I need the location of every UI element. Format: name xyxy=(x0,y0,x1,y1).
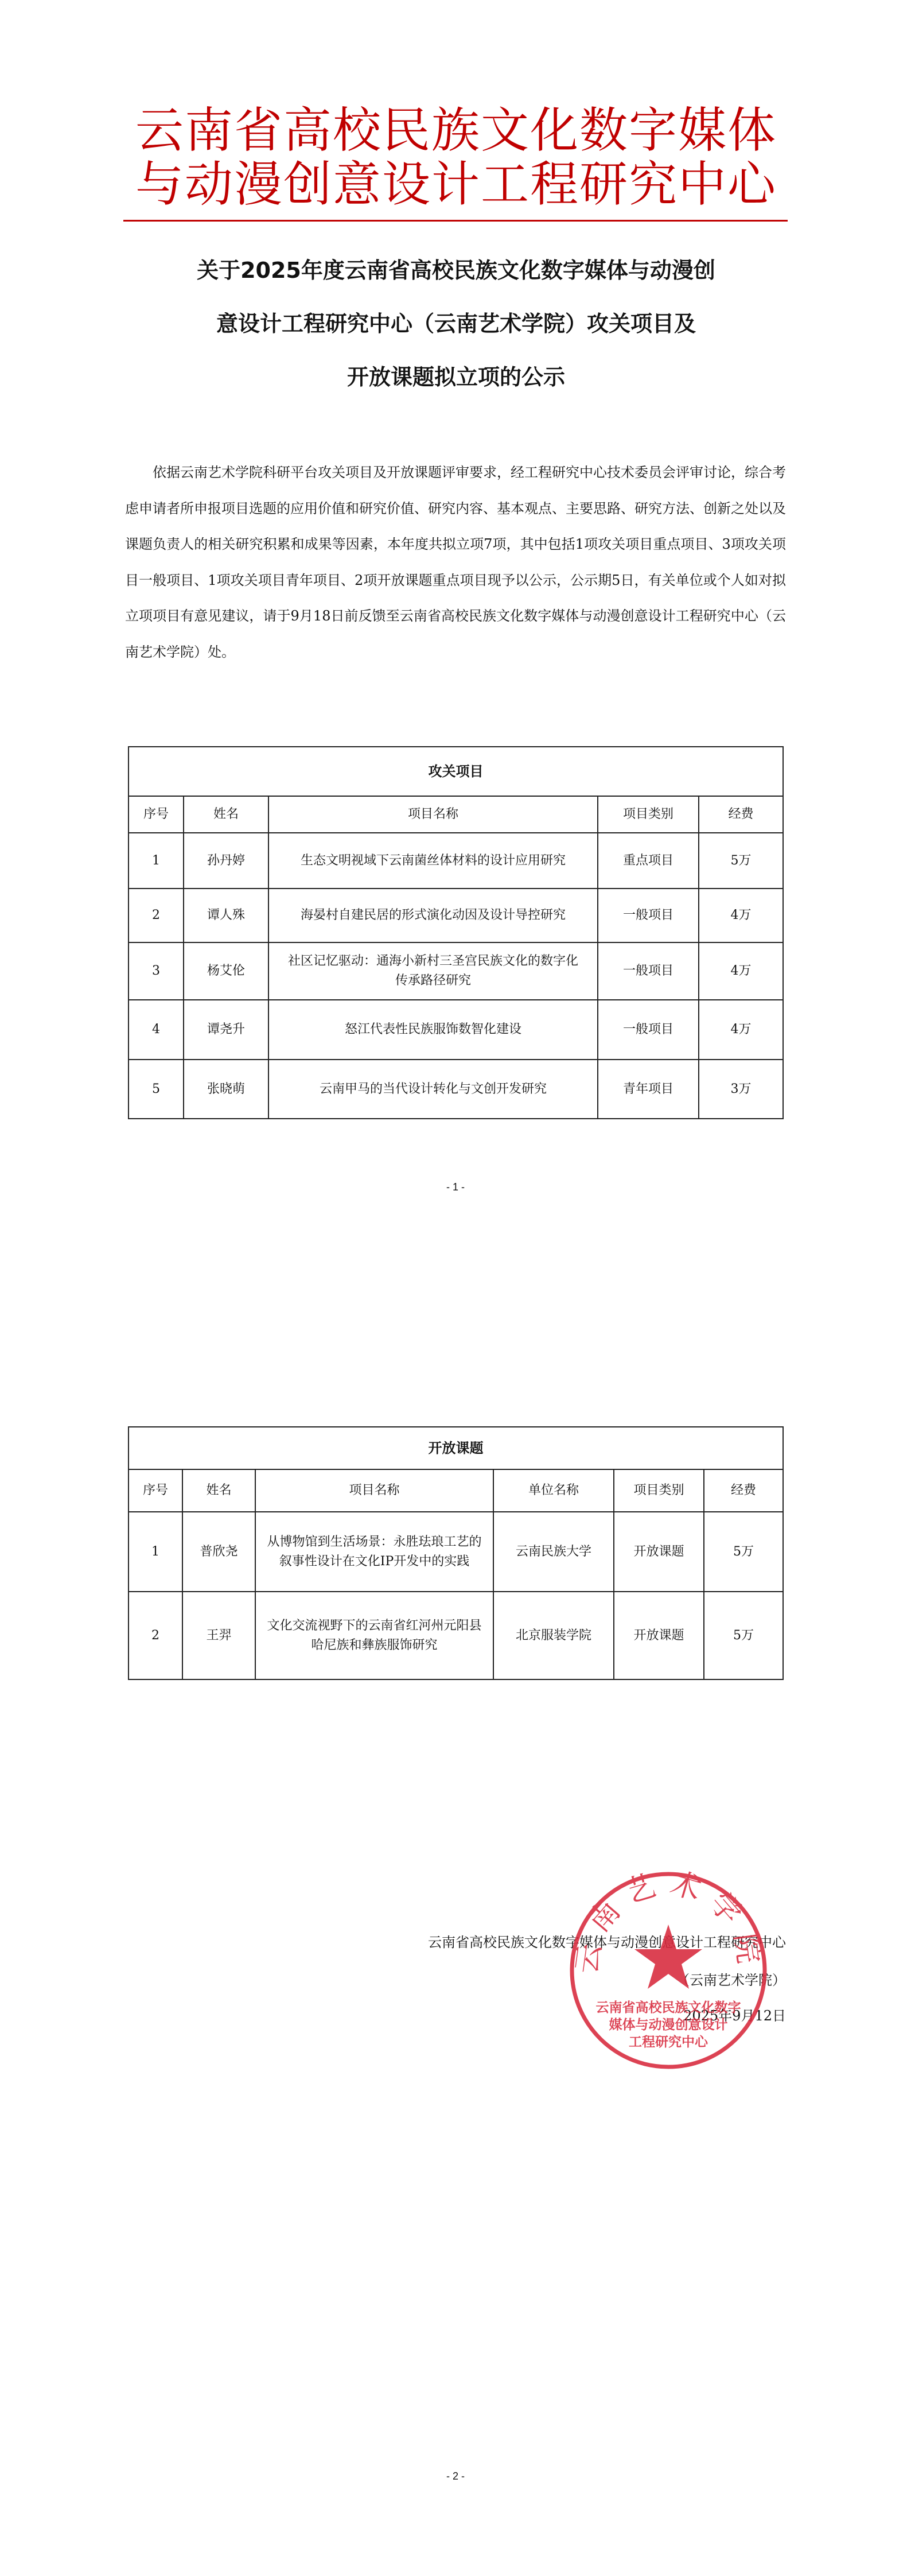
cell-funding: 3万 xyxy=(699,1060,783,1119)
table-row: 1 孙丹婷 生态文明视域下云南菌丝体材料的设计应用研究 重点项目 5万 xyxy=(129,833,783,889)
table-row: 1 普欣尧 从博物馆到生活场景：永胜珐琅工艺的叙事性设计在文化IP开发中的实践 … xyxy=(129,1512,783,1592)
cell-funding: 5万 xyxy=(704,1512,783,1592)
cell-category: 开放课题 xyxy=(614,1592,704,1679)
masthead-line-2: 与动漫创意设计工程研究中心 xyxy=(123,157,789,211)
header-category: 项目类别 xyxy=(614,1469,704,1512)
cell-category: 一般项目 xyxy=(598,889,699,942)
cell-unit: 北京服装学院 xyxy=(493,1592,614,1679)
cell-funding: 5万 xyxy=(704,1592,783,1679)
red-divider xyxy=(123,220,788,222)
cell-no: 5 xyxy=(129,1060,184,1119)
title-line-1: 关于2025年度云南省高校民族文化数字媒体与动漫创 xyxy=(123,244,789,297)
header-funding: 经费 xyxy=(704,1469,783,1512)
header-category: 项目类别 xyxy=(598,796,699,833)
table-header-row: 序号 姓名 项目名称 项目类别 经费 xyxy=(129,796,783,833)
cell-name: 谭尧升 xyxy=(184,1000,268,1060)
cell-no: 3 xyxy=(129,942,184,1000)
cell-funding: 4万 xyxy=(699,942,783,1000)
cell-project: 生态文明视域下云南菌丝体材料的设计应用研究 xyxy=(268,833,598,889)
header-project: 项目名称 xyxy=(268,796,598,833)
table-row: 5 张晓萌 云南甲马的当代设计转化与文创开发研究 青年项目 3万 xyxy=(129,1060,783,1119)
cell-project: 怒江代表性民族服饰数智化建设 xyxy=(268,1000,598,1060)
svg-text:工程研究中心: 工程研究中心 xyxy=(629,2034,708,2050)
svg-text:媒体与动漫创意设计: 媒体与动漫创意设计 xyxy=(609,2017,728,2032)
cell-project: 社区记忆驱动：通海小新村三圣宫民族文化的数字化传承路径研究 xyxy=(268,942,598,1000)
star-icon xyxy=(634,1925,702,1989)
cell-project: 海晏村自建民居的形式演化动因及设计导控研究 xyxy=(268,889,598,942)
header-no: 序号 xyxy=(129,1469,182,1512)
header-unit: 单位名称 xyxy=(493,1469,614,1512)
table-caption: 攻关项目 xyxy=(129,747,783,796)
page-number-1: - 1 - xyxy=(398,1181,513,1193)
cell-name: 谭人殊 xyxy=(184,889,268,942)
header-name: 姓名 xyxy=(182,1469,255,1512)
cell-funding: 4万 xyxy=(699,889,783,942)
table-caption: 开放课题 xyxy=(129,1427,783,1469)
cell-funding: 4万 xyxy=(699,1000,783,1060)
title-line-3: 开放课题拟立项的公示 xyxy=(123,351,789,404)
official-seal: 云南艺术学院 云南省高校民族文化数字 媒体与动漫创意设计 工程研究中心 云南省高… xyxy=(568,1870,769,2071)
key-projects-table: 攻关项目 序号 姓名 项目名称 项目类别 经费 1 孙丹婷 生态文明视域下云南菌… xyxy=(128,746,784,1119)
cell-project: 云南甲马的当代设计转化与文创开发研究 xyxy=(268,1060,598,1119)
table-row: 2 谭人殊 海晏村自建民居的形式演化动因及设计导控研究 一般项目 4万 xyxy=(129,889,783,942)
cell-name: 王羿 xyxy=(182,1592,255,1679)
cell-project: 文化交流视野下的云南省红河州元阳县哈尼族和彝族服饰研究 xyxy=(255,1592,493,1679)
cell-category: 重点项目 xyxy=(598,833,699,889)
header-funding: 经费 xyxy=(699,796,783,833)
cell-category: 一般项目 xyxy=(598,942,699,1000)
header-project: 项目名称 xyxy=(255,1469,493,1512)
cell-name: 杨艾伦 xyxy=(184,942,268,1000)
cell-category: 青年项目 xyxy=(598,1060,699,1119)
cell-funding: 5万 xyxy=(699,833,783,889)
open-topics-table: 开放课题 序号 姓名 项目名称 单位名称 项目类别 经费 1 普欣尧 从博物馆到… xyxy=(128,1426,784,1680)
cell-name: 张晓萌 xyxy=(184,1060,268,1119)
document-title: 关于2025年度云南省高校民族文化数字媒体与动漫创 意设计工程研究中心（云南艺术… xyxy=(123,244,789,404)
masthead: 云南省高校民族文化数字媒体 与动漫创意设计工程研究中心 xyxy=(123,103,789,211)
table-header-row: 序号 姓名 项目名称 单位名称 项目类别 经费 xyxy=(129,1469,783,1512)
masthead-line-1: 云南省高校民族文化数字媒体 xyxy=(123,103,789,157)
cell-no: 4 xyxy=(129,1000,184,1060)
svg-text:云南省高校民族文化数字: 云南省高校民族文化数字 xyxy=(596,2000,741,2015)
table-row: 3 杨艾伦 社区记忆驱动：通海小新村三圣宫民族文化的数字化传承路径研究 一般项目… xyxy=(129,942,783,1000)
page-number-2: - 2 - xyxy=(398,2470,513,2482)
cell-no: 2 xyxy=(129,889,184,942)
cell-no: 2 xyxy=(129,1592,182,1679)
cell-name: 普欣尧 xyxy=(182,1512,255,1592)
title-line-2: 意设计工程研究中心（云南艺术学院）攻关项目及 xyxy=(123,297,789,351)
body-paragraph: 依据云南艺术学院科研平台攻关项目及开放课题评审要求，经工程研究中心技术委员会评审… xyxy=(125,455,786,670)
cell-no: 1 xyxy=(129,1512,182,1592)
cell-category: 一般项目 xyxy=(598,1000,699,1060)
cell-project: 从博物馆到生活场景：永胜珐琅工艺的叙事性设计在文化IP开发中的实践 xyxy=(255,1512,493,1592)
cell-unit: 云南民族大学 xyxy=(493,1512,614,1592)
header-no: 序号 xyxy=(129,796,184,833)
table-row: 2 王羿 文化交流视野下的云南省红河州元阳县哈尼族和彝族服饰研究 北京服装学院 … xyxy=(129,1592,783,1679)
table-row: 4 谭尧升 怒江代表性民族服饰数智化建设 一般项目 4万 xyxy=(129,1000,783,1060)
cell-no: 1 xyxy=(129,833,184,889)
cell-category: 开放课题 xyxy=(614,1512,704,1592)
header-name: 姓名 xyxy=(184,796,268,833)
cell-name: 孙丹婷 xyxy=(184,833,268,889)
